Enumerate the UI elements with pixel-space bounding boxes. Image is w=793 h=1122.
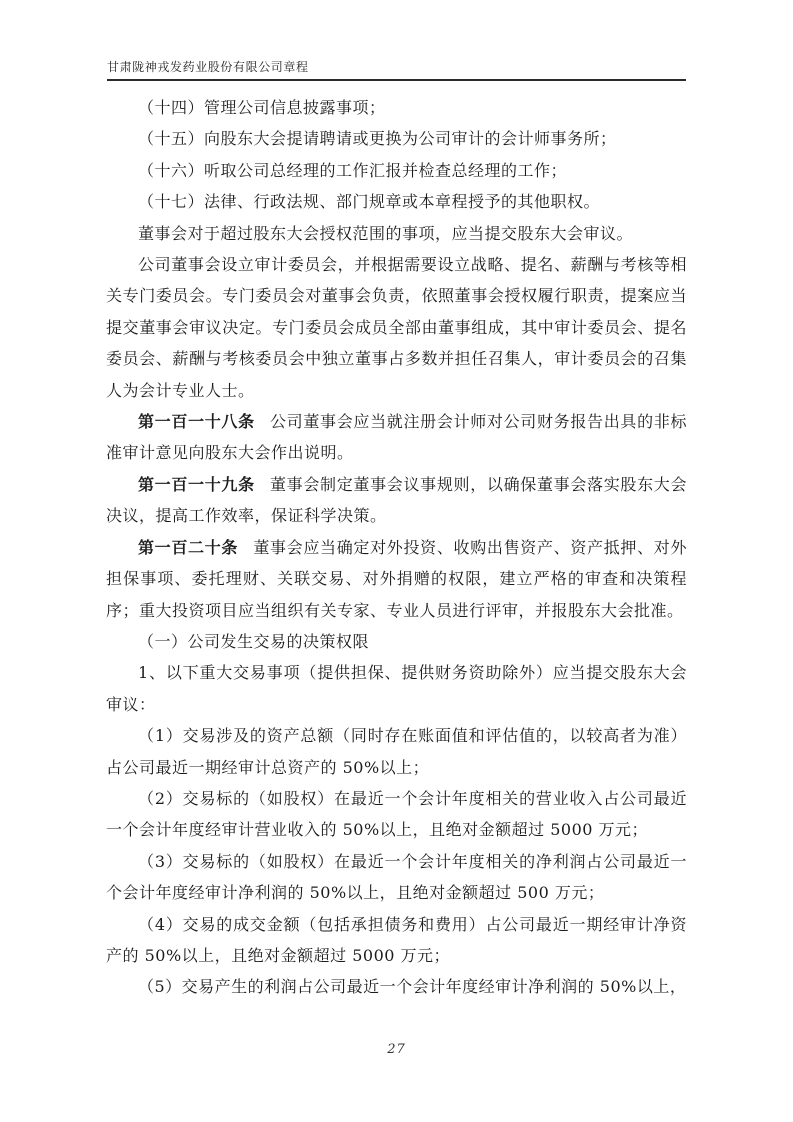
paragraph: 董事会对于超过股东大会授权范围的事项，应当提交股东大会审议。	[106, 218, 687, 249]
paragraph: （一）公司发生交易的决策权限	[106, 626, 687, 657]
paragraph: （5）交易产生的利润占公司最近一个会计年度经审计净利润的 50%以上，	[106, 971, 687, 1002]
page-number: 27	[387, 1042, 406, 1057]
page-footer: 27	[0, 1038, 793, 1057]
article-paragraph: 第一百二十条董事会应当确定对外投资、收购出售资产、资产抵押、对外担保事项、委托理…	[106, 532, 687, 626]
page-header: 甘肃陇神戎发药业股份有限公司章程	[107, 56, 686, 81]
document-title: 甘肃陇神戎发药业股份有限公司章程	[107, 60, 309, 74]
article-paragraph: 第一百一十八条公司董事会应当就注册会计师对公司财务报告出具的非标准审计意见向股东…	[106, 406, 687, 469]
paragraph: （4）交易的成交金额（包括承担债务和费用）占公司最近一期经审计净资产的 50%以…	[106, 909, 687, 972]
paragraph: （2）交易标的（如股权）在最近一个会计年度相关的营业收入占公司最近一个会计年度经…	[106, 783, 687, 846]
article-number: 第一百二十条	[138, 538, 238, 557]
article-number: 第一百一十八条	[138, 412, 255, 431]
paragraph: 公司董事会设立审计委员会，并根据需要设立战略、提名、薪酬与考核等相关专门委员会。…	[106, 249, 687, 406]
paragraph: （十五）向股东大会提请聘请或更换为公司审计的会计师事务所；	[106, 123, 687, 154]
article-paragraph: 第一百一十九条董事会制定董事会议事规则，以确保董事会落实股东大会决议，提高工作效…	[106, 469, 687, 532]
document-page: 甘肃陇神戎发药业股份有限公司章程 （十四）管理公司信息披露事项； （十五）向股东…	[0, 0, 793, 1122]
article-number: 第一百一十九条	[138, 475, 255, 494]
paragraph: （十四）管理公司信息披露事项；	[106, 92, 687, 123]
paragraph: （十六）听取公司总经理的工作汇报并检查总经理的工作；	[106, 155, 687, 186]
paragraph: 1、以下重大交易事项（提供担保、提供财务资助除外）应当提交股东大会审议：	[106, 657, 687, 720]
paragraph: （1）交易涉及的资产总额（同时存在账面值和评估值的，以较高者为准）占公司最近一期…	[106, 720, 687, 783]
paragraph: （3）交易标的（如股权）在最近一个会计年度相关的净利润占公司最近一个会计年度经审…	[106, 846, 687, 909]
document-body: （十四）管理公司信息披露事项； （十五）向股东大会提请聘请或更换为公司审计的会计…	[106, 92, 687, 1003]
paragraph: （十七）法律、行政法规、部门规章或本章程授予的其他职权。	[106, 186, 687, 217]
